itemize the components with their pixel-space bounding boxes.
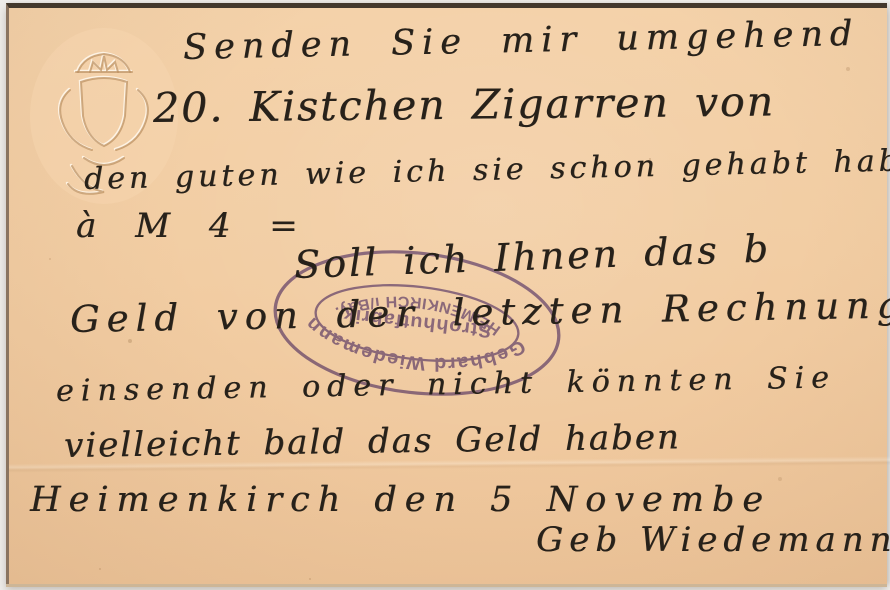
handwriting-line-2: 20. Kistchen Zigarren von (153, 77, 775, 132)
paper-specks (9, 8, 11, 10)
scanned-postcard: Gebhard Wiedemann Strohhutfabrik HEIMENK… (0, 0, 890, 590)
handwriting-line-10-signature: Geb Wiedemann (536, 520, 890, 560)
handwriting-line-9-dateline: Heimenkirch den 5 Novembe (30, 480, 771, 520)
handwriting-line-4: à M 4 = (76, 206, 307, 246)
